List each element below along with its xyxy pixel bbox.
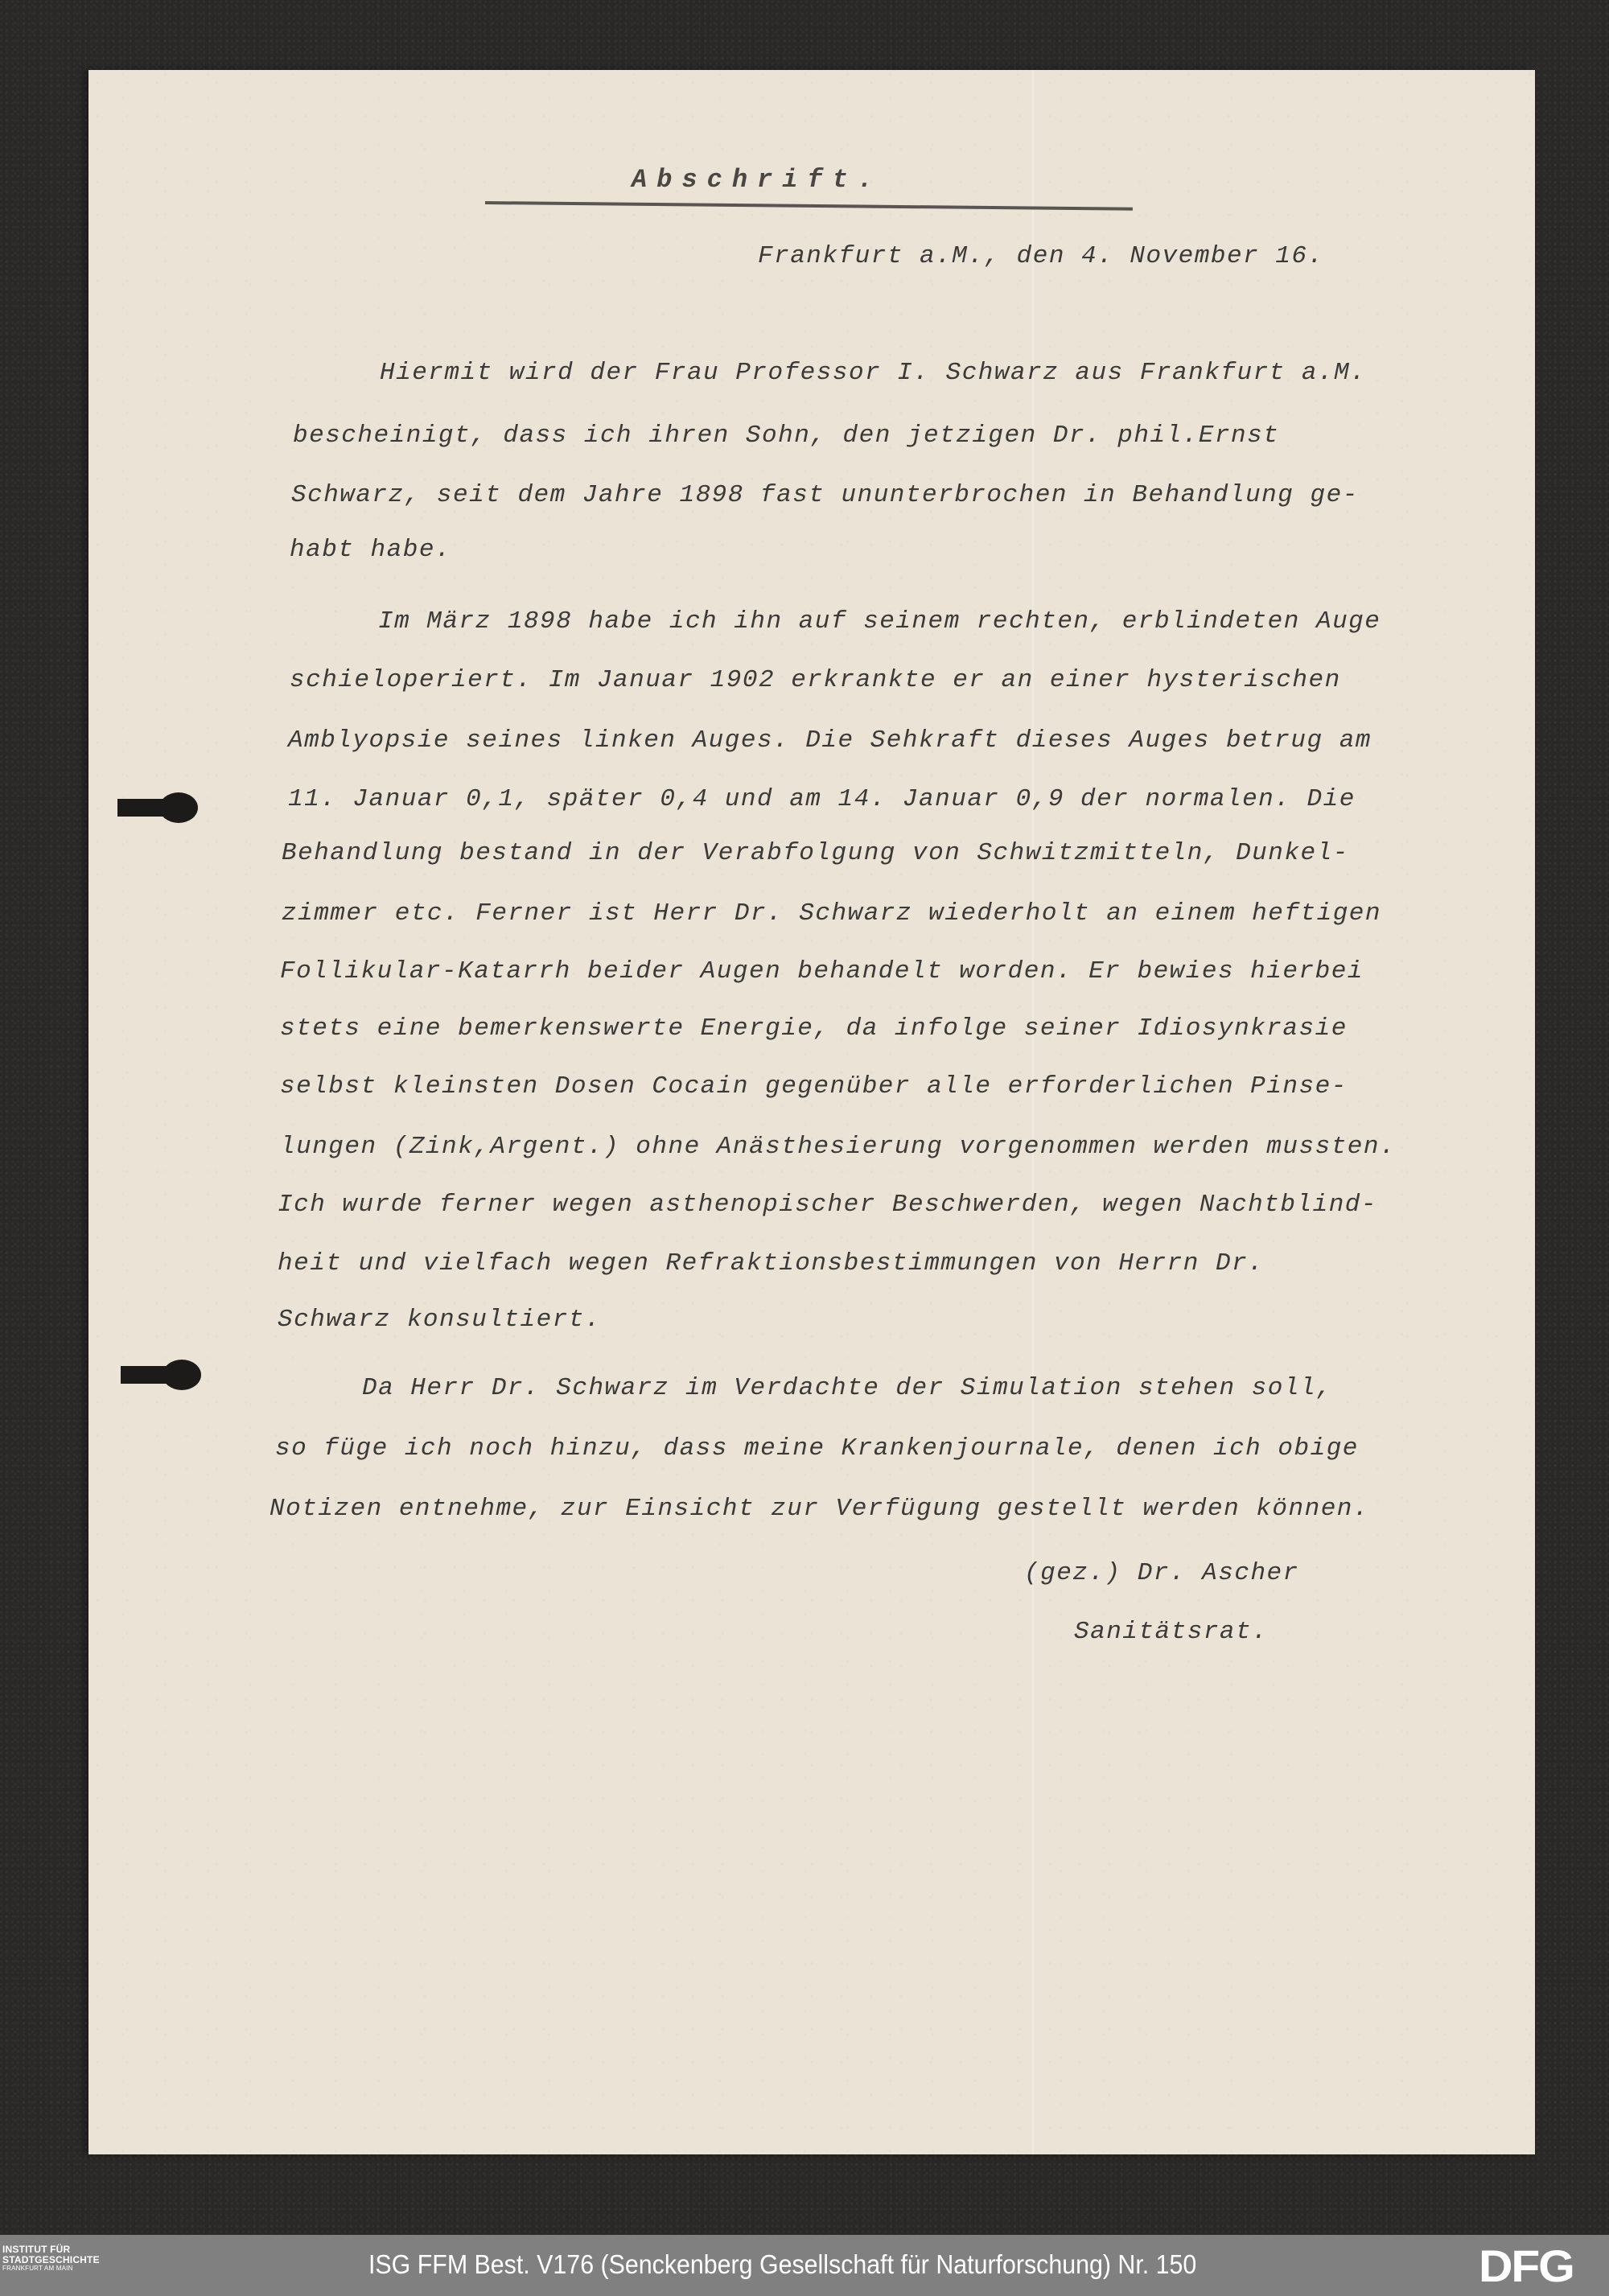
body-line: Behandlung bestand in der Verabfolgung v… xyxy=(282,841,1349,866)
document-heading: Abschrift. xyxy=(632,167,883,193)
body-line: bescheinigt, dass ich ihren Sohn, den je… xyxy=(293,423,1279,448)
body-line: Schwarz, seit dem Jahre 1898 fast ununte… xyxy=(291,483,1359,508)
body-line: Im März 1898 habe ich ihn auf seinem rec… xyxy=(378,609,1381,634)
body-line: 11. Januar 0,1, später 0,4 und am 14. Ja… xyxy=(288,787,1356,812)
archive-caption: ISG FFM Best. V176 (Senckenberg Gesellsc… xyxy=(368,2249,1196,2280)
signature: (gez.) Dr. Ascher xyxy=(1024,1561,1299,1586)
body-line: stets eine bemerkenswerte Energie, da in… xyxy=(280,1016,1348,1041)
punch-hole-icon xyxy=(117,792,198,823)
body-line: Amblyopsie seines linken Auges. Die Sehk… xyxy=(288,728,1372,753)
body-line: so füge ich noch hinzu, dass meine Krank… xyxy=(275,1436,1359,1461)
institution-line3: FRANKFURT AM MAIN xyxy=(2,2265,100,2273)
body-line: Follikular-Katarrh beider Augen behandel… xyxy=(280,959,1364,984)
body-line: Da Herr Dr. Schwarz im Verdachte der Sim… xyxy=(362,1376,1332,1401)
signatory-title: Sanitätsrat. xyxy=(1074,1619,1268,1644)
body-line: lungen (Zink,Argent.) ohne Anästhesierun… xyxy=(280,1134,1396,1159)
place-date: Frankfurt a.M., den 4. November 16. xyxy=(758,244,1324,269)
body-line: schieloperiert. Im Januar 1902 erkrankte… xyxy=(290,668,1341,693)
body-line: habt habe. xyxy=(290,537,451,562)
body-line: Hiermit wird der Frau Professor I. Schwa… xyxy=(380,360,1366,385)
punch-hole-icon xyxy=(121,1360,201,1390)
dfg-logo-icon: DFG xyxy=(1479,2244,1574,2289)
body-line: Schwarz konsultiert. xyxy=(278,1307,601,1332)
body-line: Ich wurde ferner wegen asthenopischer Be… xyxy=(278,1192,1377,1217)
institution-logo: INSTITUT FÜR STADTGESCHICHTE FRANKFURT A… xyxy=(2,2245,100,2273)
body-line: Notizen entnehme, zur Einsicht zur Verfü… xyxy=(270,1496,1369,1521)
body-line: selbst kleinsten Dosen Cocain gegenüber … xyxy=(280,1074,1348,1099)
body-line: zimmer etc. Ferner ist Herr Dr. Schwarz … xyxy=(282,901,1381,926)
body-line: heit und vielfach wegen Refraktionsbesti… xyxy=(278,1251,1264,1276)
